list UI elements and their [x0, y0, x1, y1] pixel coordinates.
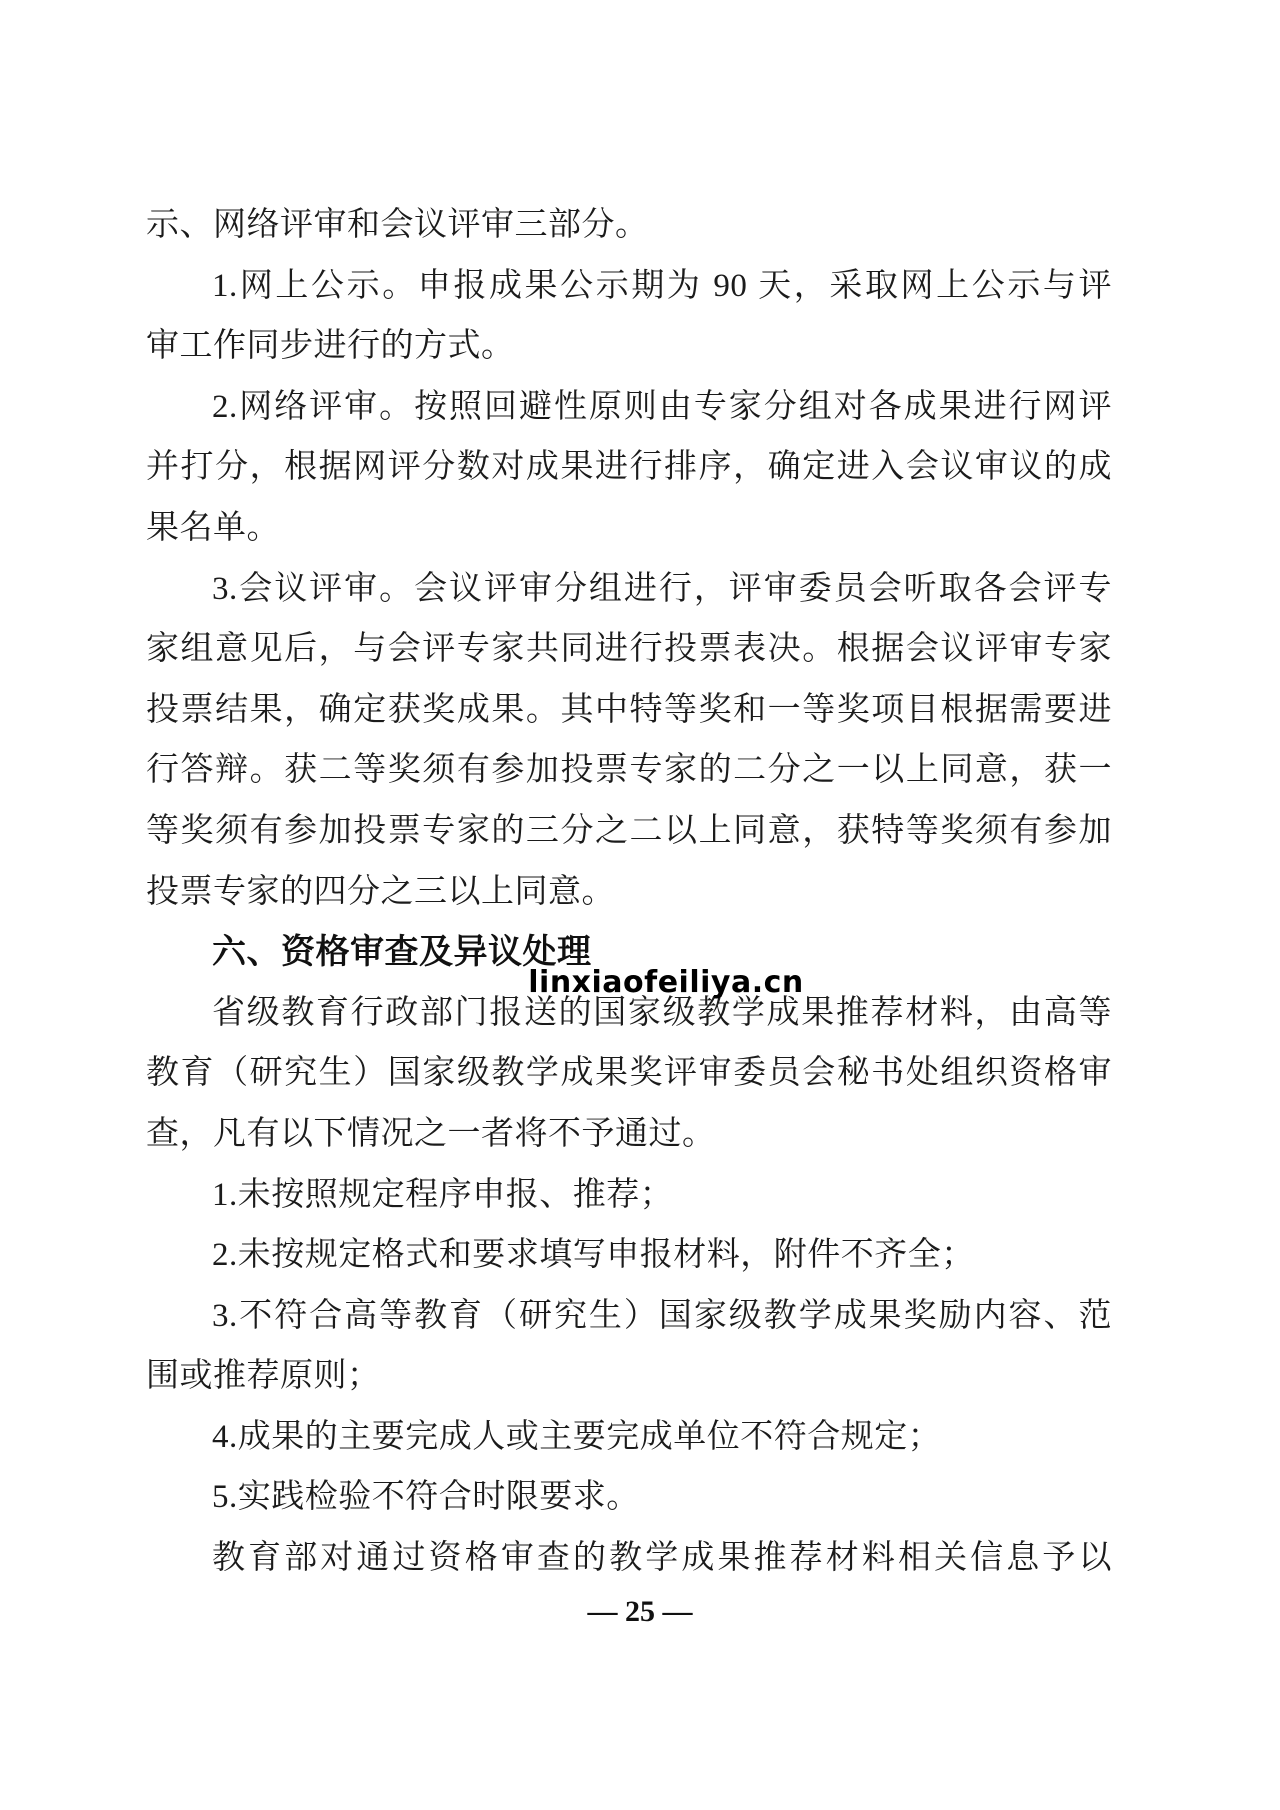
text-line: 2.网络评审。按照回避性原则由专家分组对各成果进行网评	[146, 377, 1112, 438]
text-line: 2.未按规定格式和要求填写申报材料，附件不齐全；	[146, 1225, 1112, 1286]
document-page: 示、网络评审和会议评审三部分。1.网上公示。申报成果公示期为 90 天，采取网上…	[0, 0, 1280, 1810]
text-line: 3.会议评审。会议评审分组进行，评审委员会听取各会评专	[146, 559, 1112, 620]
text-line: 示、网络评审和会议评审三部分。	[146, 195, 1112, 256]
text-line: 投票专家的四分之三以上同意。	[146, 862, 1112, 923]
text-line: 4.成果的主要完成人或主要完成单位不符合规定；	[146, 1407, 1112, 1468]
text-line: 并打分，根据网评分数对成果进行排序，确定进入会议审议的成	[146, 437, 1112, 498]
watermark-text: linxiaofeiliya.cn	[528, 967, 804, 999]
text-line: 5.实践检验不符合时限要求。	[146, 1467, 1112, 1528]
document-lines: 示、网络评审和会议评审三部分。1.网上公示。申报成果公示期为 90 天，采取网上…	[146, 195, 1112, 1589]
text-line: 1.未按照规定程序申报、推荐；	[146, 1165, 1112, 1226]
text-line: 教育（研究生）国家级教学成果奖评审委员会秘书处组织资格审	[146, 1043, 1112, 1104]
text-line: 果名单。	[146, 498, 1112, 559]
text-line: 投票结果，确定获奖成果。其中特等奖和一等奖项目根据需要进	[146, 680, 1112, 741]
text-line: 教育部对通过资格审查的教学成果推荐材料相关信息予以	[146, 1528, 1112, 1589]
page-number: — 25 —	[0, 1592, 1280, 1632]
text-line: 等奖须有参加投票专家的三分之二以上同意，获特等奖须有参加	[146, 801, 1112, 862]
text-line: 围或推荐原则；	[146, 1346, 1112, 1407]
text-line: 审工作同步进行的方式。	[146, 316, 1112, 377]
text-line: 3.不符合高等教育（研究生）国家级教学成果奖励内容、范	[146, 1286, 1112, 1347]
text-line: 查，凡有以下情况之一者将不予通过。	[146, 1104, 1112, 1165]
text-line: 家组意见后，与会评专家共同进行投票表决。根据会议评审专家	[146, 619, 1112, 680]
text-line: 行答辩。获二等奖须有参加投票专家的二分之一以上同意，获一	[146, 740, 1112, 801]
text-line: 1.网上公示。申报成果公示期为 90 天，采取网上公示与评	[146, 256, 1112, 317]
